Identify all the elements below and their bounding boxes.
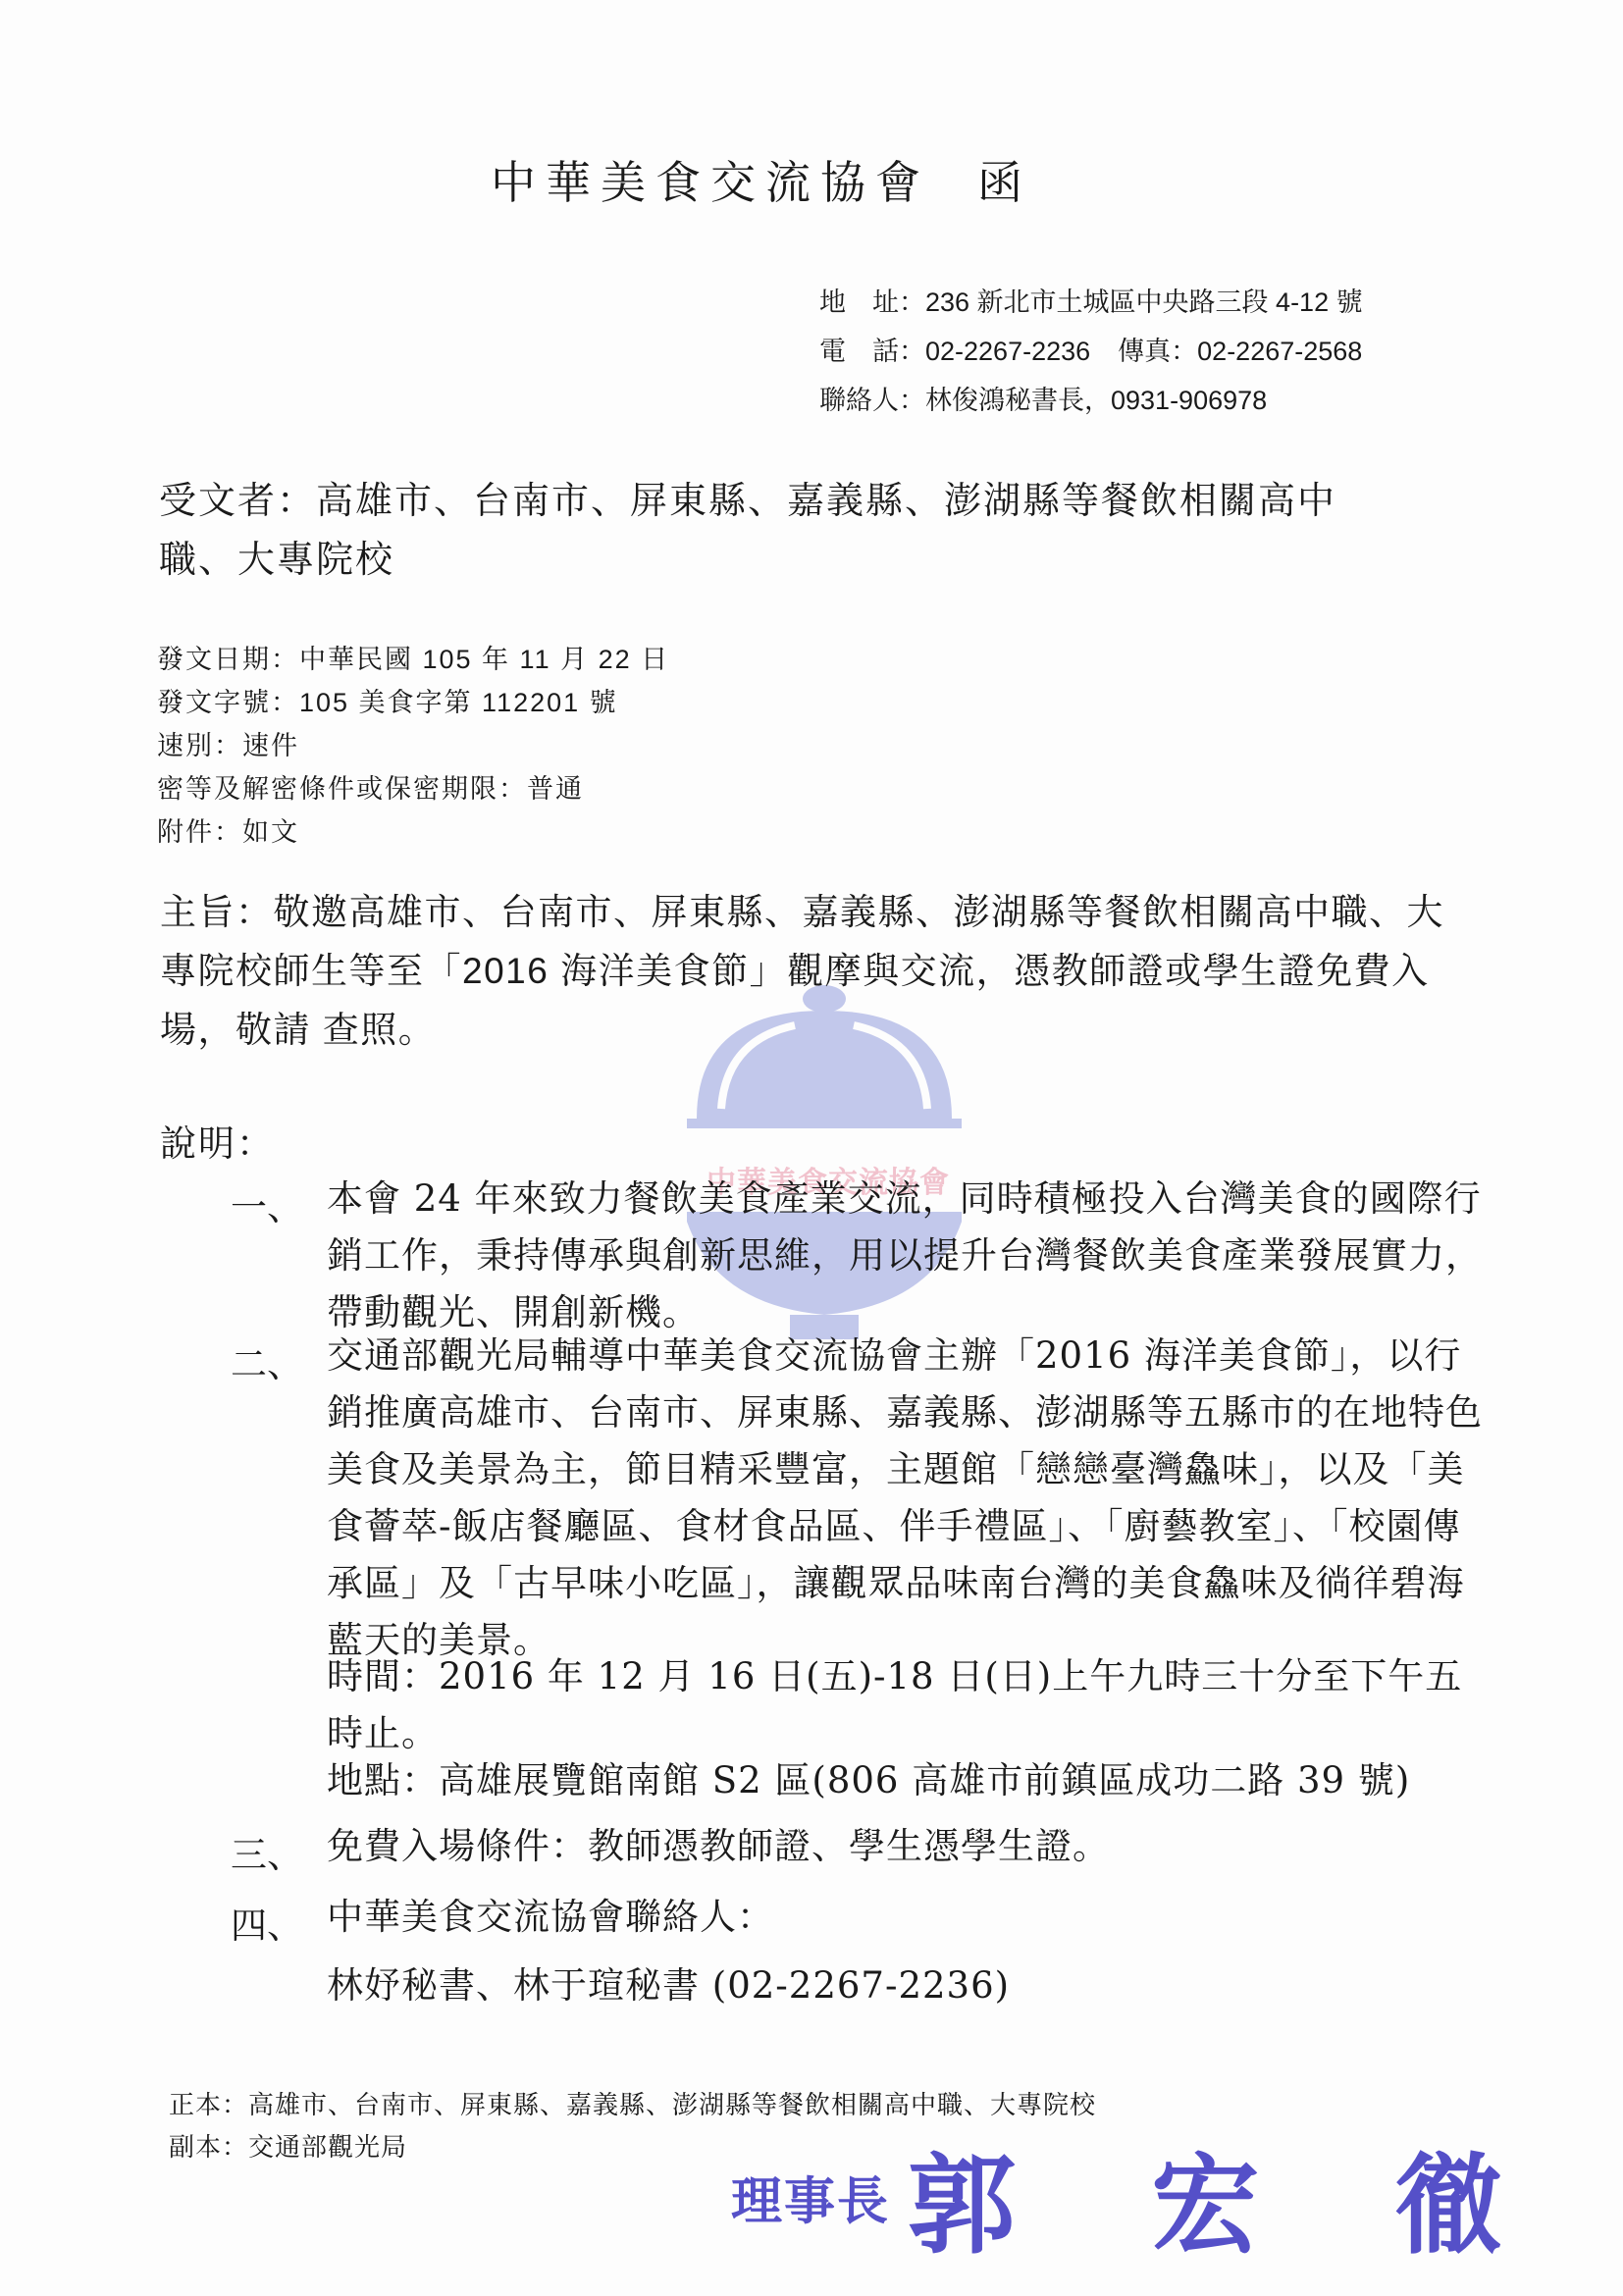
copy-value: 交通部觀光局	[248, 2133, 407, 2163]
phone-value: 02-2267-2236	[925, 337, 1090, 366]
contact-persons: 林妤秘書、林于瑄秘書 (02-2267-2236)	[327, 1957, 1485, 2014]
explanation-item-4: 中華美食交流協會聯絡人：	[327, 1889, 1485, 1946]
meta-classification: 密等及解密條件或保密期限：普通	[157, 767, 584, 806]
explanation-item-1: 本會 24 年來致力餐飲美食產業交流，同時積極投入台灣美食的國際行銷工作，秉持傳…	[327, 1171, 1485, 1341]
subject-text: 敬邀高雄市、台南市、屏東縣、嘉義縣、澎湖縣等餐飲相關高中職、大專院校師生等至「2…	[160, 892, 1444, 1050]
meta-value: 普通	[527, 774, 584, 805]
org-name: 中華美食交流協會	[491, 156, 930, 209]
item-number: 三、	[231, 1825, 303, 1878]
meta-label: 發文日期：	[157, 645, 299, 675]
item-number: 二、	[231, 1334, 303, 1387]
phone-line: 電 話：02-2267-2236傳真：02-2267-2568	[819, 330, 1362, 368]
meta-label: 附件：	[157, 817, 242, 848]
item-number: 一、	[231, 1177, 303, 1230]
explanation-item-3: 免費入場條件：教師憑教師證、學生憑學生證。	[327, 1818, 1485, 1875]
explanation-item-2: 交通部觀光局輔導中華美食交流協會主辦「2016 海洋美食節」，以行銷推廣高雄市、…	[327, 1328, 1485, 1669]
copy-recipients: 副本：交通部觀光局	[169, 2127, 407, 2164]
address-label: 地 址：	[819, 287, 925, 318]
original-recipients: 正本：高雄市、台南市、屏東縣、嘉義縣、澎湖縣等餐飲相關高中職、大專院校	[169, 2085, 1096, 2121]
phone-label: 電 話：	[819, 337, 925, 367]
contact-label: 聯絡人：	[819, 386, 925, 416]
meta-value: 中華民國 105 年 11 月 22 日	[299, 645, 669, 674]
signature-stamp: 理事長郭 宏 徹	[731, 2119, 1552, 2274]
original-value: 高雄市、台南市、屏東縣、嘉義縣、澎湖縣等餐飲相關高中職、大專院校	[248, 2091, 1096, 2120]
meta-label: 密等及解密條件或保密期限：	[157, 774, 527, 805]
doc-type: 函	[977, 156, 1032, 209]
recipient: 受文者：高雄市、台南市、屏東縣、嘉義縣、澎湖縣等餐飲相關高中 職、大專院校	[159, 471, 1336, 589]
meta-label: 發文字號：	[157, 688, 299, 718]
contact-value: 林俊鴻秘書長，0931-906978	[925, 386, 1267, 415]
address-value: 236 新北市土城區中央路三段 4-12 號	[925, 287, 1363, 317]
recipient-line1: 高雄市、台南市、屏東縣、嘉義縣、澎湖縣等餐飲相關高中	[316, 479, 1336, 522]
subject: 主旨：敬邀高雄市、台南市、屏東縣、嘉義縣、澎湖縣等餐飲相關高中職、大專院校師生等…	[160, 883, 1475, 1060]
meta-speed: 速別：速件	[157, 724, 299, 762]
fax-label: 傳真：	[1118, 337, 1197, 367]
copy-label: 副本：	[169, 2133, 248, 2163]
recipient-label: 受文者：	[159, 479, 316, 522]
explanation-heading: 說明：	[160, 1114, 275, 1167]
meta-doc-number: 發文字號：105 美食字第 112201 號	[157, 681, 618, 719]
meta-attachment: 附件：如文	[157, 810, 299, 849]
signature-title: 理事長	[731, 2172, 890, 2232]
event-place: 地點：高雄展覽館南館 S2 區(806 高雄市前鎮區成功二路 39 號)	[327, 1752, 1485, 1809]
document-title: 中華美食交流協會函	[491, 147, 1032, 212]
address-line: 地 址：236 新北市土城區中央路三段 4-12 號	[819, 281, 1363, 319]
fax-value: 02-2267-2568	[1197, 337, 1362, 366]
signature-name: 郭 宏 徹	[908, 2142, 1552, 2269]
original-label: 正本：	[169, 2091, 248, 2120]
event-time: 時間：2016 年 12 月 16 日(五)-18 日(日)上午九時三十分至下午…	[327, 1648, 1485, 1762]
meta-label: 速別：	[157, 731, 242, 761]
meta-value: 105 美食字第 112201 號	[299, 688, 618, 717]
item-number: 四、	[231, 1896, 303, 1949]
meta-value: 如文	[242, 817, 299, 848]
recipient-line2: 職、大專院校	[159, 530, 1336, 589]
contact-line: 聯絡人：林俊鴻秘書長，0931-906978	[819, 379, 1267, 417]
subject-label: 主旨：	[160, 891, 274, 933]
meta-date: 發文日期：中華民國 105 年 11 月 22 日	[157, 638, 669, 676]
meta-value: 速件	[242, 731, 299, 761]
